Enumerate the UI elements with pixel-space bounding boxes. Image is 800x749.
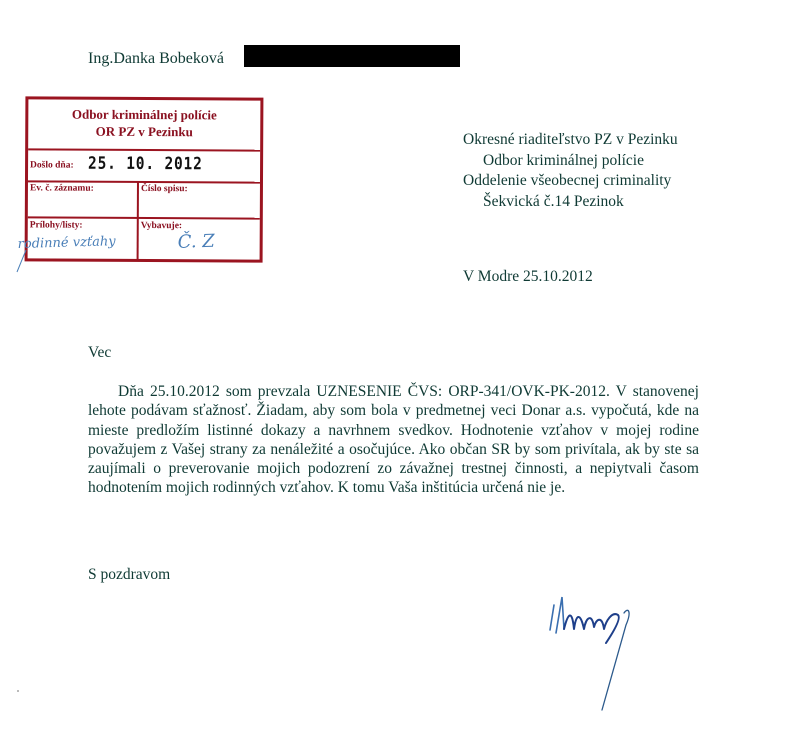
pen-mark xyxy=(12,248,32,274)
handled-by-handwritten: Č. Z xyxy=(177,231,215,253)
stamp-title-line2: OR PZ v Pezinku xyxy=(28,122,260,140)
recipient-line-4: Šekvická č.14 Pezinok xyxy=(463,192,678,213)
received-date: 25. 10. 2012 xyxy=(88,154,203,175)
file-number-label: Číslo spisu: xyxy=(141,184,188,194)
registry-stamp: Odbor kriminálnej polície OR PZ v Pezink… xyxy=(25,96,264,262)
stamp-title: Odbor kriminálnej polície OR PZ v Pezink… xyxy=(28,105,260,140)
recipient-address: Okresné riaditeľstvo PZ v Pezinku Odbor … xyxy=(463,130,678,212)
recipient-line-3: Oddelenie všeobecnej criminality xyxy=(463,171,678,192)
stamp-row-numbers: Ev. č. záznamu: Číslo spisu: xyxy=(28,180,260,219)
handwritten-signature xyxy=(540,585,650,715)
attachments-label: Prílohy/listy: xyxy=(30,220,83,230)
received-label: Došlo dňa: xyxy=(30,160,74,170)
recipient-line-1: Okresné riaditeľstvo PZ v Pezinku xyxy=(463,130,678,151)
handled-by-label: Vybavuje: xyxy=(141,221,182,231)
closing-salutation: S pozdravom xyxy=(88,566,170,584)
place-and-date: V Modre 25.10.2012 xyxy=(463,268,593,286)
subject-label: Vec xyxy=(88,344,111,362)
stamp-column-divider xyxy=(137,181,139,259)
attachments-handwritten: rodinné vzťahy xyxy=(17,234,115,252)
stamp-title-line1: Odbor kriminálnej polície xyxy=(28,105,260,123)
recipient-line-2: Odbor kriminálnej polície xyxy=(463,151,678,172)
record-number-label: Ev. č. záznamu: xyxy=(30,183,94,193)
redacted-address-block xyxy=(244,45,460,67)
letter-body: Dňa 25.10.2012 som prevzala UZNESENIE ČV… xyxy=(88,382,699,498)
sender-name: Ing.Danka Bobeková xyxy=(88,50,224,68)
stamp-row-received: Došlo dňa: 25. 10. 2012 xyxy=(28,148,260,183)
stamp-row-attachments: Prílohy/listy: Vybavuje: rodinné vzťahy … xyxy=(28,216,260,261)
scan-artifact xyxy=(17,690,19,692)
